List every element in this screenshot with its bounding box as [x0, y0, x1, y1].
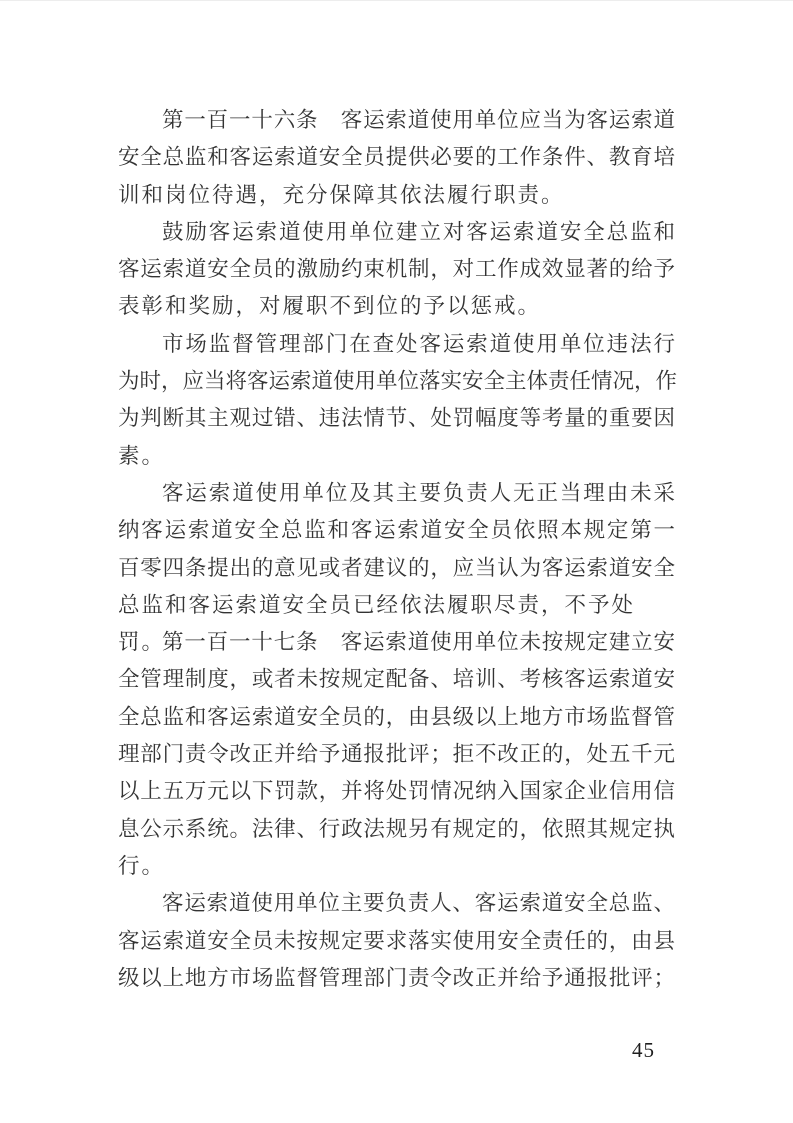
- text-line: 安全总监和客运索道安全员提供必要的工作条件、教育培: [118, 139, 675, 176]
- text-line: 第一百一十七条 客运索道使用单位未按规定建立安: [118, 624, 675, 661]
- text-line: 为判断其主观过错、违法情节、处罚幅度等考量的重要因: [118, 400, 675, 437]
- text-line: 息公示系统。法律、行政法规另有规定的，依照其规定执: [118, 811, 675, 848]
- text-line: 全总监和客运索道安全员的，由县级以上地方市场监督管: [118, 699, 675, 736]
- text-line: 百零四条提出的意见或者建议的，应当认为客运索道安全: [118, 550, 675, 587]
- text-line: 第一百一十六条 客运索道使用单位应当为客运索道: [118, 102, 675, 139]
- text-line: 市场监督管理部门在查处客运索道使用单位违法行: [118, 326, 675, 363]
- text-line: 为时，应当将客运索道使用单位落实安全主体责任情况，作: [118, 363, 675, 400]
- text-line: 客运索道使用单位及其主要负责人无正当理由未采: [118, 475, 675, 512]
- text-line: 训和岗位待遇，充分保障其依法履行职责。: [118, 177, 675, 214]
- document-body: 第一百一十六条 客运索道使用单位应当为客运索道安全总监和客运索道安全员提供必要的…: [118, 102, 675, 997]
- document-page: 第一百一十六条 客运索道使用单位应当为客运索道安全总监和客运索道安全员提供必要的…: [0, 0, 793, 1123]
- text-line: 级以上地方市场监督管理部门责令改正并给予通报批评；: [118, 960, 675, 997]
- text-line: 以上五万元以下罚款，并将处罚情况纳入国家企业信用信: [118, 773, 675, 810]
- text-line: 理部门责令改正并给予通报批评；拒不改正的，处五千元: [118, 736, 675, 773]
- text-line: 素。: [118, 438, 675, 475]
- text-line: 总监和客运索道安全员已经依法履职尽责，不予处罚。: [118, 587, 675, 624]
- page-number: 45: [632, 1038, 655, 1063]
- text-line: 客运索道使用单位主要负责人、客运索道安全总监、: [118, 885, 675, 922]
- text-line: 鼓励客运索道使用单位建立对客运索道安全总监和: [118, 214, 675, 251]
- text-line: 行。: [118, 848, 675, 885]
- text-line: 客运索道安全员未按规定要求落实使用安全责任的，由县: [118, 923, 675, 960]
- text-line: 表彰和奖励，对履职不到位的予以惩戒。: [118, 288, 675, 325]
- text-line: 客运索道安全员的激励约束机制，对工作成效显著的给予: [118, 251, 675, 288]
- text-line: 纳客运索道安全总监和客运索道安全员依照本规定第一: [118, 512, 675, 549]
- text-line: 全管理制度，或者未按规定配备、培训、考核客运索道安: [118, 661, 675, 698]
